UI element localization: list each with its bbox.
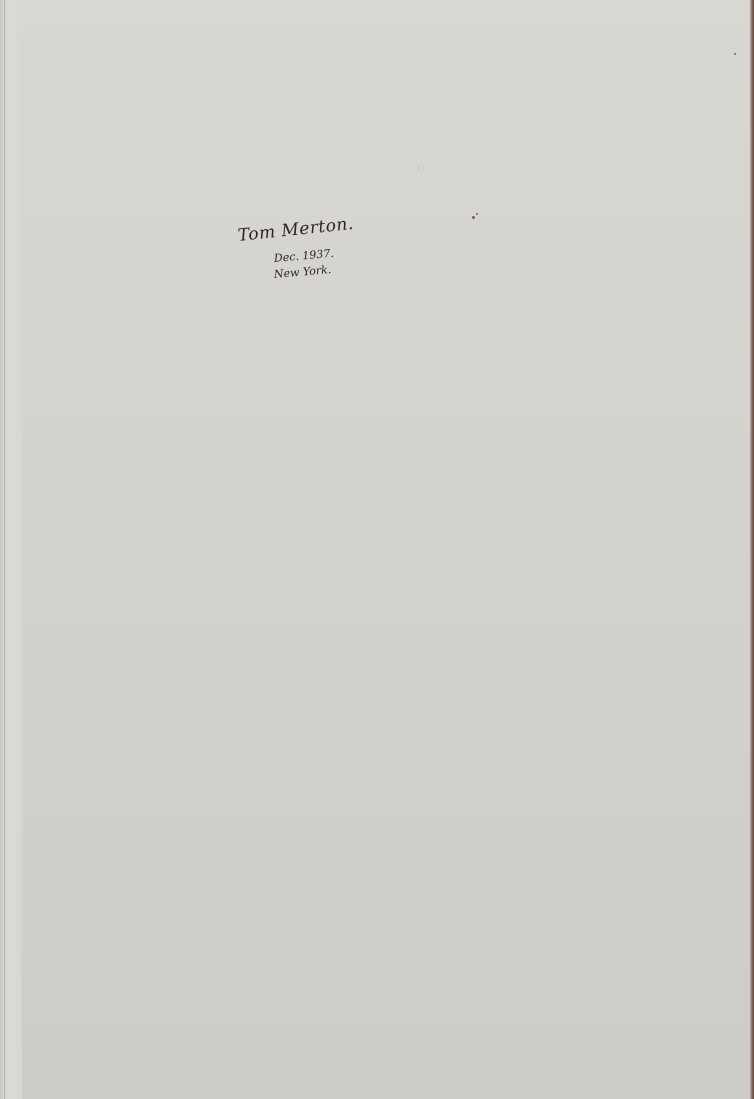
handwritten-inscription: Tom Merton. Dec. 1937. New York. <box>238 228 368 280</box>
paper-speck <box>734 53 736 55</box>
page-right-edge <box>750 0 754 1099</box>
page-fold-line <box>4 0 5 1099</box>
paper-speck <box>472 216 475 219</box>
paper-speck <box>418 167 419 169</box>
paper-speck <box>476 213 478 215</box>
book-page: Tom Merton. Dec. 1937. New York. <box>0 0 754 1099</box>
inscription-name: Tom Merton. <box>237 214 368 244</box>
